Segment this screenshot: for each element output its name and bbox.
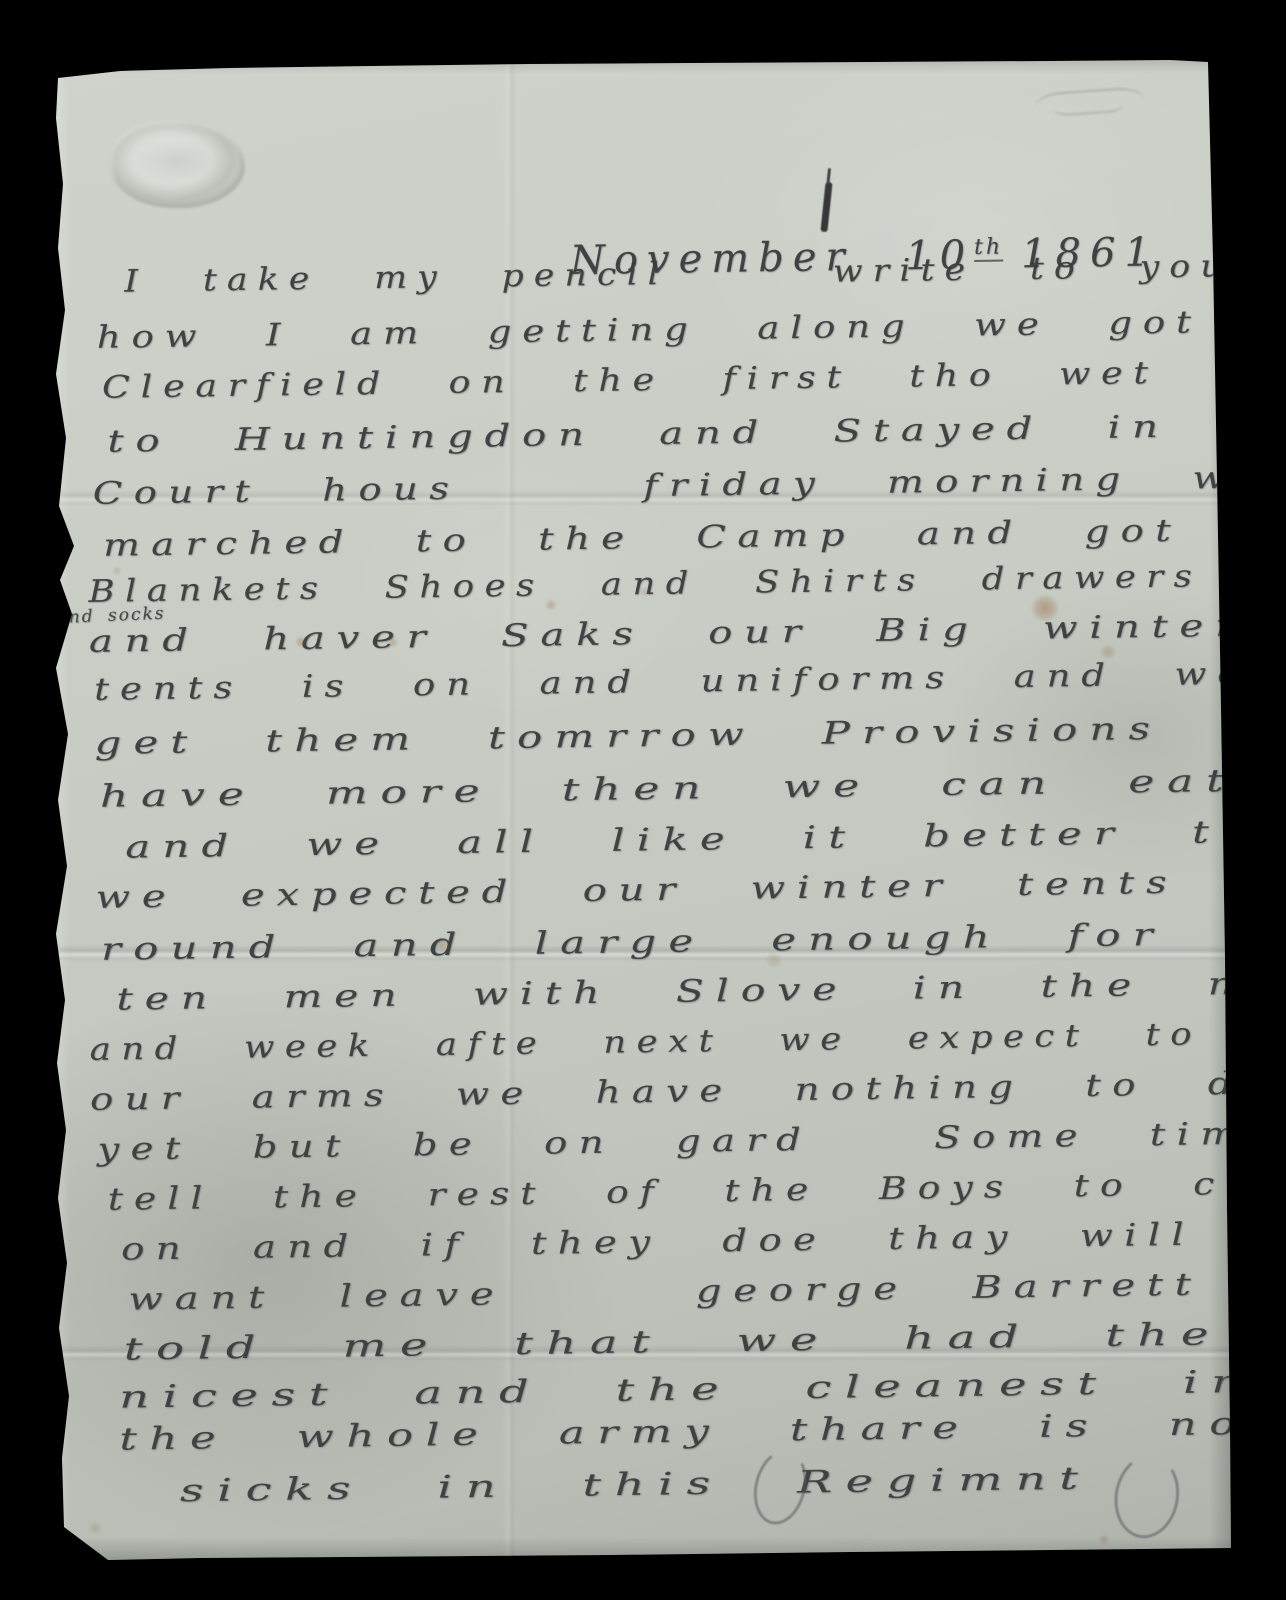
letter-line: and haver Saks our Big winter <box>89 606 1247 662</box>
pencil-flourish-icon <box>747 1444 814 1530</box>
letter-paper: November 10th1861Camp Crossman I take my… <box>50 58 1235 1563</box>
letter-place: Camp Crossman <box>1254 222 1286 275</box>
letter-line: we expected our winter tents is <box>95 861 1286 918</box>
letter-line: ten men with Slove in the middle <box>116 961 1286 1019</box>
photo-background: November 10th1861Camp Crossman I take my… <box>0 0 1286 1600</box>
letter-line: tents is on and uniforms and we will <box>94 651 1286 710</box>
pencil-flourish-icon <box>1108 1450 1185 1543</box>
letter-line: Clearfield on the first tho wet to <box>102 351 1275 407</box>
letter-line: to Huntingdon and Stayed in the <box>107 405 1286 462</box>
handwriting-layer: November 10th1861Camp Crossman I take my… <box>45 54 1240 1567</box>
letter-line: sicks in this Regimnt <box>179 1459 1091 1512</box>
letter-line: and we all like it better than <box>125 811 1286 868</box>
letter-line: round and large enough for six <box>101 913 1286 970</box>
letter-line: told me that we had the <box>123 1314 1222 1369</box>
letter-line: tell the rest of the Boys to come <box>107 1163 1286 1220</box>
letter-line: yet but be on gard Some times <box>97 1113 1286 1170</box>
letter-line: get them tomrrow Provisions we <box>94 707 1286 764</box>
letter-line: and week afte next we expect to get <box>89 1012 1286 1070</box>
letter-line: have more then we can eat <box>100 761 1237 817</box>
letter-line: our arms we have nothing to doe <box>90 1063 1286 1120</box>
letter-line: want leave george Barrett <box>128 1265 1203 1320</box>
letter-line: on and if they doe thay will not <box>121 1212 1286 1269</box>
letter-line: Court hous friday morning we <box>92 457 1271 513</box>
letter-body: I take my pencil write to youhow I am ge… <box>45 54 1230 62</box>
inserted-note: and socks <box>56 594 166 639</box>
